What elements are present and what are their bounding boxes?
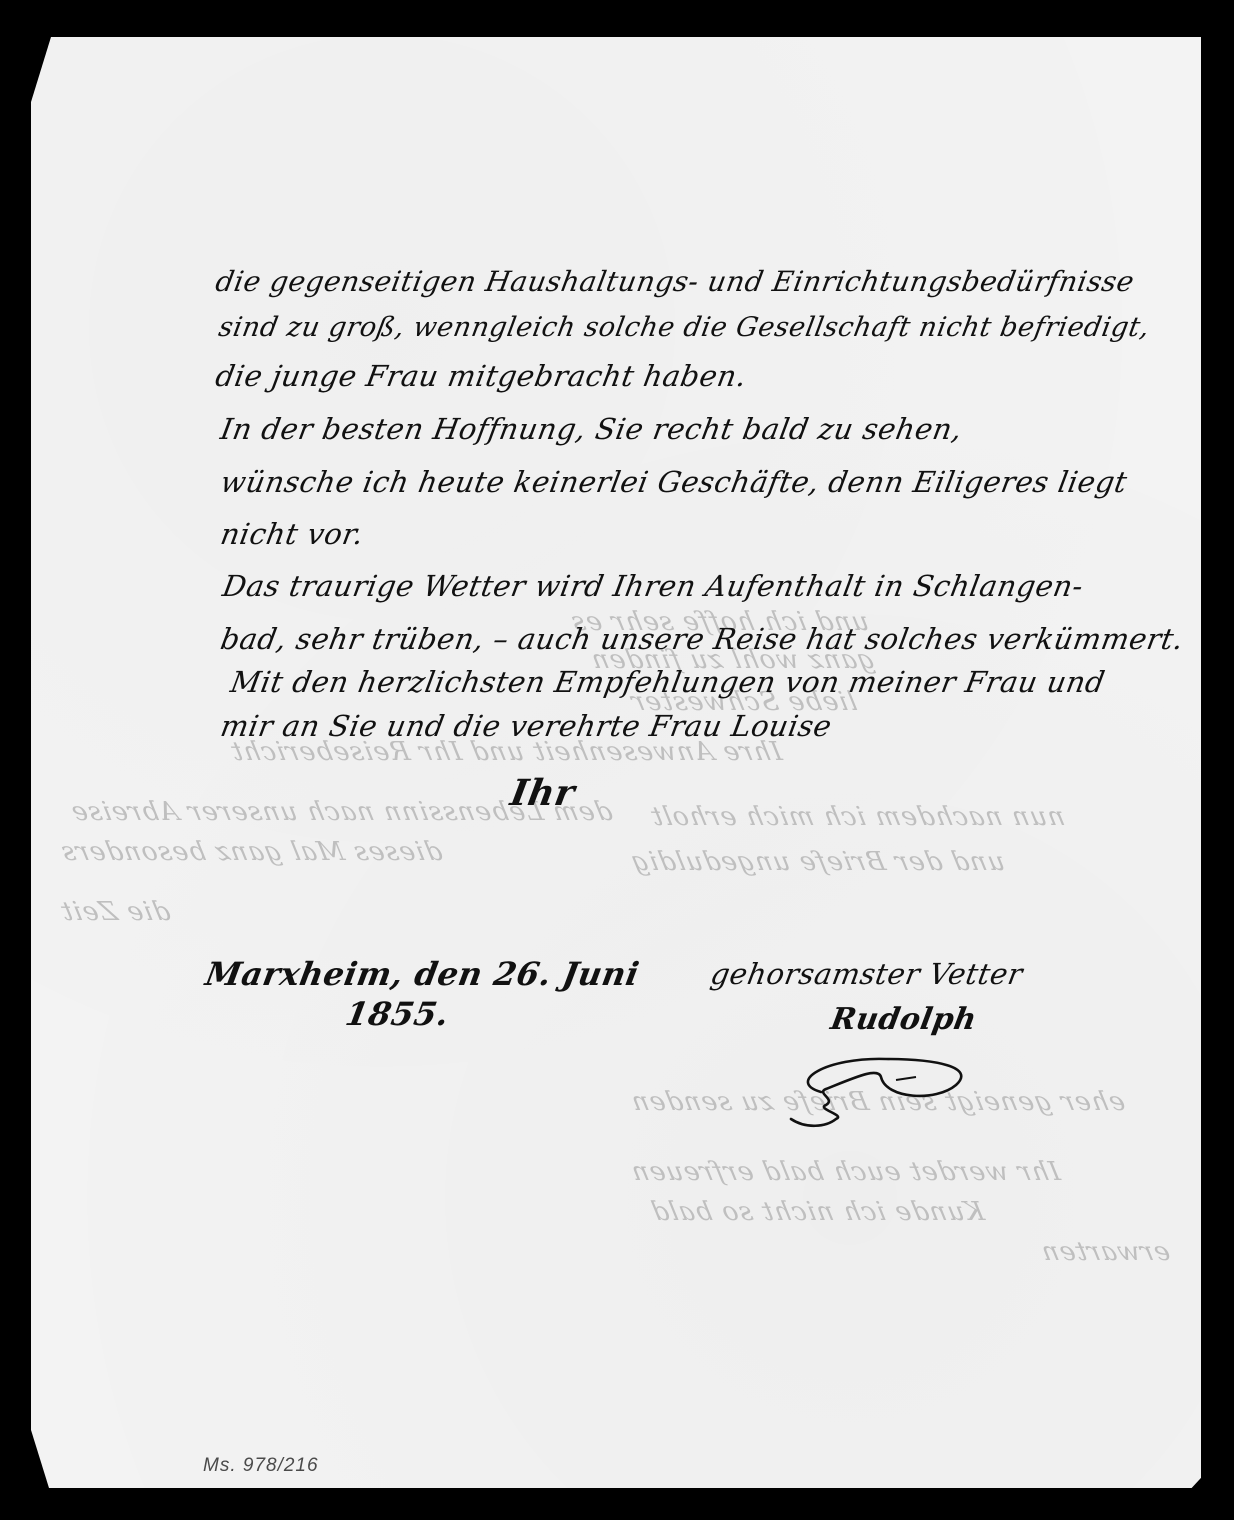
letter-line: Das traurige Wetter wird Ihren Aufenthal… bbox=[220, 569, 1086, 603]
signature-flourish bbox=[766, 1047, 986, 1137]
show-through-line: erwarten bbox=[1038, 1237, 1173, 1267]
letter-line: sind zu groß, wenngleich solche die Gese… bbox=[216, 312, 1152, 343]
letter-line: In der besten Hoffnung, Sie recht bald z… bbox=[218, 412, 965, 446]
show-through-line: dieses Mal ganz besonders bbox=[58, 837, 445, 867]
place-date: Marxheim, den 26. Juni bbox=[203, 955, 642, 993]
show-through-line: die Zeit bbox=[58, 897, 173, 927]
signature-salutation: gehorsamster Vetter bbox=[708, 957, 1025, 991]
show-through-line: nun nachdem ich mich erholt bbox=[648, 802, 1068, 832]
show-through-line: und der Briefe ungeduldig bbox=[628, 847, 1008, 877]
letter-line: nicht vor. bbox=[218, 517, 366, 551]
letter-sheet: und ich hoffe sehr es ganz wohl zu finde… bbox=[31, 37, 1201, 1488]
letter-line: bad, sehr trüben, – auch unsere Reise ha… bbox=[218, 622, 1186, 656]
letter-line: Mit den herzlichsten Empfehlungen von me… bbox=[228, 665, 1108, 699]
signature-name: Rudolph bbox=[828, 1002, 980, 1037]
letter-line: die junge Frau mitgebracht haben. bbox=[213, 359, 749, 393]
letter-line: wünsche ich heute keinerlei Geschäfte, d… bbox=[218, 465, 1130, 499]
shelfmark: Ms. 978/216 bbox=[203, 1455, 319, 1477]
show-through-line: Ihr werdet euch bald erfreuen bbox=[628, 1157, 1063, 1187]
closing-word: Ihr bbox=[507, 772, 578, 814]
year: 1855. bbox=[343, 995, 452, 1033]
show-through-line: Kunde ich nicht so bald bbox=[648, 1197, 987, 1227]
letter-line: mir an Sie und die verehrte Frau Louise bbox=[218, 709, 834, 743]
letter-line: die gegenseitigen Haushaltungs- und Einr… bbox=[213, 265, 1137, 298]
